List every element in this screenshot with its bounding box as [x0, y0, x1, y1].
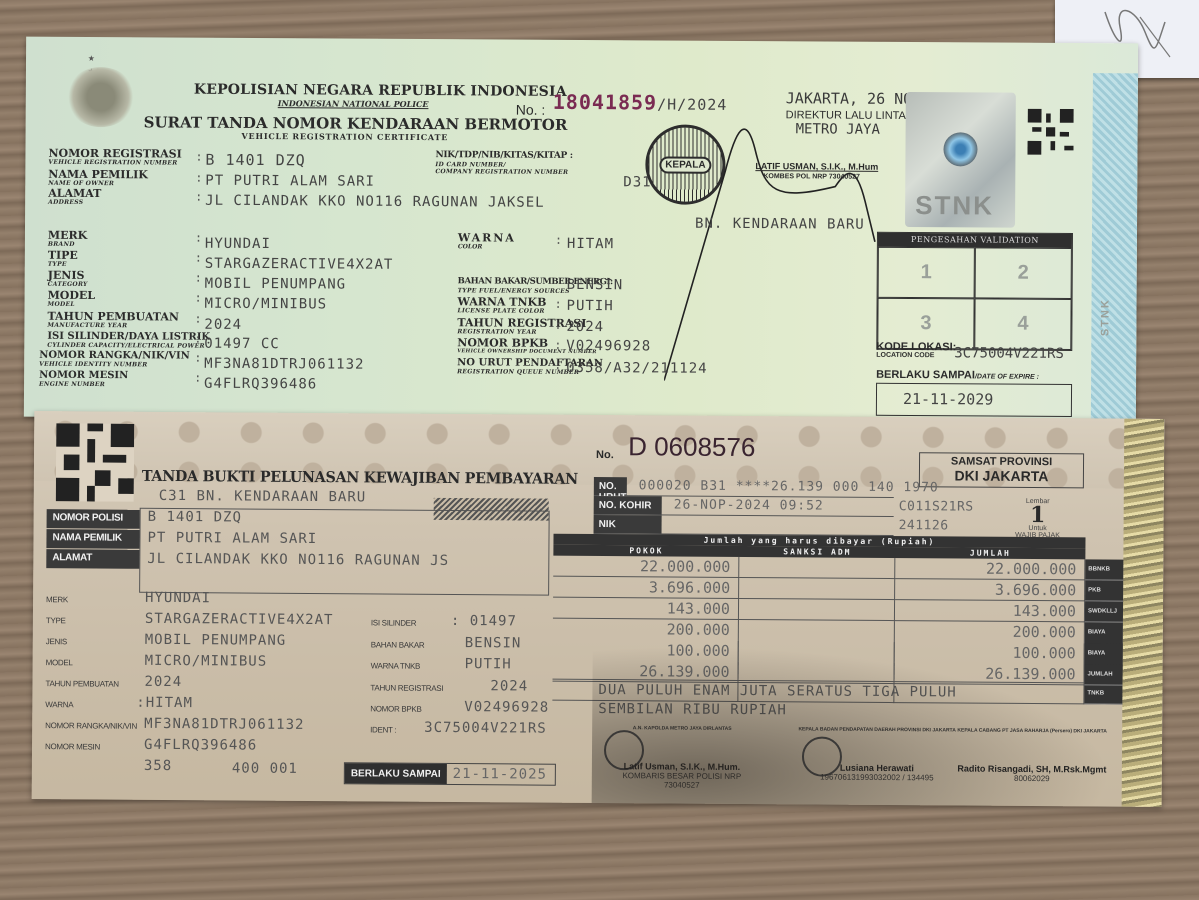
police-crest-icon	[66, 67, 136, 127]
signature-block: A.N. KAPOLDA METRO JAYA DIRLANTAS Latif …	[607, 725, 757, 790]
registration-fields-right: WARNACOLOR : HITAM BAHAN BAKAR/SUMBER EN…	[26, 37, 1138, 44]
amount-in-words: DUA PULUH ENAM JUTA SERATUS TIGA PULUH S…	[598, 681, 957, 722]
signer-rank: KOMBES POL NRP 73040527	[763, 173, 860, 181]
hologram-text: STNK	[915, 190, 994, 221]
field-label: WARNACOLOR	[458, 232, 516, 250]
owner-name-label: NAMA PEMILIK	[46, 529, 139, 549]
color: :HITAM	[136, 695, 193, 711]
brand: HYUNDAI	[205, 236, 271, 252]
manufacture-year: 2024	[204, 317, 242, 333]
registration-fields-left: NOMOR REGISTRASIVEHICLE REGISTRATION NUM…	[26, 37, 1138, 44]
field-label: NOMOR RANGKA/NIK/VINVEHICLE IDENTITY NUM…	[39, 350, 190, 369]
owner-name: PT PUTRI ALAM SARI	[147, 530, 317, 547]
field-label: ISI SILINDER/DAYA LISTRIKCYLINDER CAPACI…	[47, 331, 210, 350]
nik-value: D31	[623, 174, 651, 190]
fuel-type: BENSIN	[465, 635, 522, 651]
field-label: ALAMATADDRESS	[48, 188, 101, 206]
field-label: NOMOR MESINENGINE NUMBER	[39, 370, 128, 389]
brand: HYUNDAI	[145, 590, 211, 606]
registration-number: B 1401 DZQ	[205, 151, 305, 170]
type: STARGAZERACTIVE4X2AT	[205, 256, 394, 273]
info-row: NIK	[594, 515, 894, 536]
field-label: NAMA PEMILIKNAME OF OWNER	[48, 169, 148, 188]
receipt-expiry-date: 21-11-2025	[447, 764, 555, 785]
receipt-number-label: No.	[596, 449, 614, 461]
plate-color: PUTIH	[566, 298, 613, 314]
engine-number: G4FLRQ396486	[204, 376, 317, 393]
cylinder-capacity: : 01497	[451, 613, 517, 629]
footer-code-left: 358	[144, 758, 172, 774]
owner-name: PT PUTRI ALAM SARI	[205, 173, 375, 190]
registration-year: 2024	[566, 319, 604, 335]
agency-name: KEPOLISIAN NEGARA REPUBLIK INDONESIA	[194, 82, 567, 100]
samsat-line2: DKI JAKARTA	[920, 467, 1083, 484]
security-strip	[1091, 73, 1138, 423]
vin: MF3NA81DTRJ061132	[144, 716, 304, 733]
model: MICRO/MINIBUS	[145, 653, 268, 670]
nik-label: NIK/TDP/NIB/KITAS/KITAP :ID CARD NUMBER/…	[435, 150, 573, 176]
plate-color: PUTIH	[465, 656, 512, 672]
ident-code: 3C75004V221RS	[424, 720, 547, 737]
expiry-date: 21-11-2029	[876, 383, 1072, 417]
color: HITAM	[567, 236, 614, 252]
category: MOBIL PENUMPANG	[205, 276, 347, 293]
owner-address: JL CILANDAK KKO NO116 RAGUNAN JS	[147, 551, 449, 569]
validation-cell: 1	[878, 247, 975, 299]
field-label: WARNA TNKBLICENSE PLATE COLOR	[457, 296, 546, 315]
engine-number: G4FLRQ396486	[144, 737, 257, 754]
samsat-box: SAMSAT PROVINSI DKI JAKARTA	[919, 452, 1084, 488]
field-label: JENISCATEGORY	[48, 270, 88, 288]
validation-cell: 4	[974, 298, 1071, 350]
owner-address: JL CILANDAK KKO NO116 RAGUNAN JAKSEL	[205, 193, 545, 211]
registration-remark: BN. KENDARAAN BARU	[695, 216, 865, 233]
receipt-subtitle: C31 BN. KENDARAAN BARU	[159, 488, 367, 505]
bpkb-number: V02496928	[464, 699, 549, 716]
location-code-label: KODE LOKASI:LOCATION CODE	[876, 342, 956, 359]
qr-code-icon	[56, 423, 135, 502]
category: MOBIL PENUMPANG	[145, 632, 287, 649]
fuel-type: BENSIN	[567, 277, 624, 293]
registration-queue-number: 0358/A32/211124	[566, 360, 708, 377]
field-label: NOMOR REGISTRASIVEHICLE REGISTRATION NUM…	[48, 148, 181, 167]
validation-grid: PENGESAHAN VALIDATION 1 2 3 4	[876, 232, 1073, 351]
field-label: TIPETYPE	[48, 250, 78, 268]
field-label: TAHUN PEMBUATANMANUFACTURE YEAR	[47, 311, 179, 330]
plate-number-label: NOMOR POLISI	[47, 509, 140, 529]
type: STARGAZERACTIVE4X2AT	[145, 611, 334, 628]
model: MICRO/MINIBUS	[204, 296, 327, 313]
manufacture-year: 2024	[144, 674, 182, 690]
footer-code-right: 400 001	[232, 760, 298, 776]
receipt-number: D 0608576	[628, 431, 755, 463]
side-watermark: STNK	[1099, 298, 1111, 336]
cylinder-capacity: 01497 CC	[204, 336, 280, 352]
vin: MF3NA81DTRJ061132	[204, 356, 364, 373]
document-title-en: VEHICLE REGISTRATION CERTIFICATE	[242, 131, 449, 142]
validation-cell: 2	[975, 247, 1072, 299]
samsat-line1: SAMSAT PROVINSI	[920, 455, 1083, 468]
hologram-sticker: STNK	[905, 92, 1016, 228]
payment-date-code: 241126	[899, 518, 949, 533]
validation-title: PENGESAHAN VALIDATION	[878, 233, 1072, 248]
plate-number: B 1401 DZQ	[148, 509, 242, 526]
cashier-code: C011S21RS	[899, 499, 974, 515]
signature-block: KEPALA CABANG PT JASA RAHARJA (Persero) …	[932, 727, 1132, 783]
address-label: ALAMAT	[46, 549, 139, 569]
hologram-eye-icon	[943, 132, 977, 166]
payment-table: Jumlah yang harus dibayar (Rupiah) POKOK…	[550, 534, 1121, 686]
signature-icon	[664, 91, 906, 392]
bpkb-number: V02496928	[566, 338, 651, 355]
info-row: NO. URUT000020 B31 ****26.139 000 140 19…	[594, 477, 894, 498]
info-row: NO. KOHIR26-NOP-2024 09:52	[594, 496, 894, 517]
signer-name: LATIF USMAN, S.I.K., M.Hum	[755, 161, 878, 172]
receipt-expiry: BERLAKU SAMPAI 21-11-2025	[344, 762, 556, 785]
field-label: MODELMODEL	[48, 290, 96, 308]
doc-number-value: 18041859	[553, 90, 657, 115]
location-code-value: 3C75004V221RS	[954, 345, 1064, 362]
queue-info-table: NO. URUT000020 B31 ****26.139 000 140 19…	[594, 477, 894, 536]
receipt-expiry-label: BERLAKU SAMPAI	[345, 763, 447, 784]
agency-name-en: INDONESIAN NATIONAL POLICE	[278, 98, 429, 109]
vehicle-registration-certificate: ★★★ KEPOLISIAN NEGARA REPUBLIK INDONESIA…	[24, 37, 1138, 424]
tax-payment-receipt: TANDA BUKTI PELUNASAN KEWAJIBAN PEMBAYAR…	[32, 411, 1165, 807]
registration-year: 2024	[490, 678, 528, 694]
field-label: MERKBRAND	[48, 230, 87, 248]
doc-number-label: No. :	[516, 102, 546, 118]
expiry-label: BERLAKU SAMPAI/DATE OF EXPIRE :	[876, 369, 1039, 382]
receipt-title: TANDA BUKTI PELUNASAN KEWAJIBAN PEMBAYAR…	[142, 467, 578, 488]
qr-code-icon	[1027, 109, 1073, 155]
